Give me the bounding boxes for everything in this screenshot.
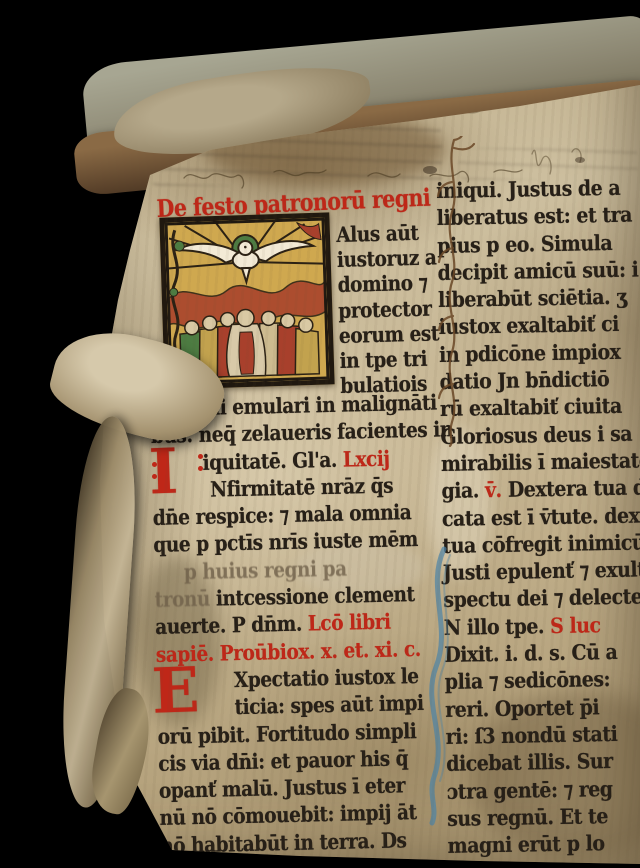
initial-ornament-dots — [198, 454, 203, 459]
text-segment: Dextera tua d — [508, 475, 640, 502]
text-line: plia ⁊ sedicōnes: — [445, 664, 640, 695]
red-initial-I: I — [148, 441, 179, 504]
text-line: ri: ſ3 nondū stati — [446, 719, 640, 750]
text-segment: Lxcij — [343, 445, 390, 471]
text-segment: gia. — [441, 477, 485, 503]
text-segment: intcessione clement — [216, 581, 415, 611]
text-segment: plia ⁊ sedicōnes: — [445, 666, 611, 694]
text-segment: Dixit. i. d. s. Cū a — [444, 639, 617, 667]
text-line: dicebat illis. Sur — [446, 746, 640, 777]
left-text-column: ps. Noli emulari in malignātibus: neq̄ z… — [150, 388, 456, 859]
text-line: sus regnū. Et te — [447, 801, 640, 832]
text-line: Justi epulenť ⁊ exult — [443, 555, 640, 586]
text-line: cata est ī v̄tute. dexte — [442, 501, 640, 532]
text-segment: magni erūt p lo — [447, 830, 604, 858]
text-segment: iquitatē. Gl'a. — [202, 446, 343, 474]
text-segment: ɔtra gentē: ⁊ reg — [446, 776, 612, 804]
text-segment: Xpectatio iustox le — [234, 663, 419, 692]
text-segment: auerte. P dn̄m. — [155, 611, 308, 639]
text-segment: sus regnū. Et te — [447, 803, 608, 831]
pen-flourish-vine — [414, 136, 478, 448]
text-line: nō habitabūt in terra. Ds — [160, 825, 456, 859]
text-line: spectu dei ⁊ delecteť — [443, 583, 640, 614]
text-segment: ri: ſ3 nondū stati — [446, 721, 618, 749]
text-segment: S luc — [550, 612, 601, 638]
text-segment: Nfirmitatē nrāz q̄s — [210, 472, 393, 501]
text-segment: v̄. — [485, 477, 508, 502]
text-segment: nū nō cōmouebit: impij āt — [159, 800, 417, 831]
text-segment: que p pctīs nrīs iuste mēm — [153, 526, 418, 557]
text-segment: mirabilis ī maiestate — [441, 447, 640, 476]
red-initial-E: E — [151, 659, 200, 723]
text-line: mirabilis ī maiestate — [441, 446, 640, 477]
text-segment: dicebat illis. Sur — [446, 748, 613, 776]
text-line: Dixit. i. d. s. Cū a — [444, 637, 640, 668]
text-segment: reri. Oportet p̄i — [445, 694, 599, 722]
text-segment: cata est ī v̄tute. dexte — [442, 502, 640, 531]
text-segment: Alus aūt — [336, 220, 419, 247]
text-segment: Lcō libri — [308, 609, 391, 636]
blue-flourish — [412, 545, 468, 827]
text-segment: nō habitabūt in terra. Ds — [160, 827, 407, 858]
manuscript-photo: De festo patronorū regni — [0, 0, 640, 868]
text-line: N illo tpe. S luc — [444, 610, 640, 641]
text-segment: cis via dn̄i: et pauor his q̄ — [158, 745, 408, 776]
text-line: tua cōfregit inimicū. — [442, 528, 640, 559]
text-line: gia. v̄. Dextera tua d — [441, 473, 640, 504]
text-segment: ticia: spes aūt impi — [234, 690, 424, 719]
text-segment: opanť malū. Justus ī eter — [159, 772, 406, 803]
text-line: magni erūt p lo — [447, 828, 640, 859]
text-segment: tua cōfregit inimicū. — [442, 529, 640, 558]
text-segment: p huius regni pa — [184, 555, 347, 584]
ink-blot — [575, 157, 585, 163]
text-line: reri. Oportet p̄i — [445, 692, 640, 723]
text-segment: spectu dei ⁊ delecteť — [443, 584, 640, 613]
text-segment: tronū — [154, 586, 216, 612]
text-segment: Justi epulenť ⁊ exult — [443, 557, 640, 586]
text-line: ɔtra gentē: ⁊ reg — [446, 774, 640, 805]
